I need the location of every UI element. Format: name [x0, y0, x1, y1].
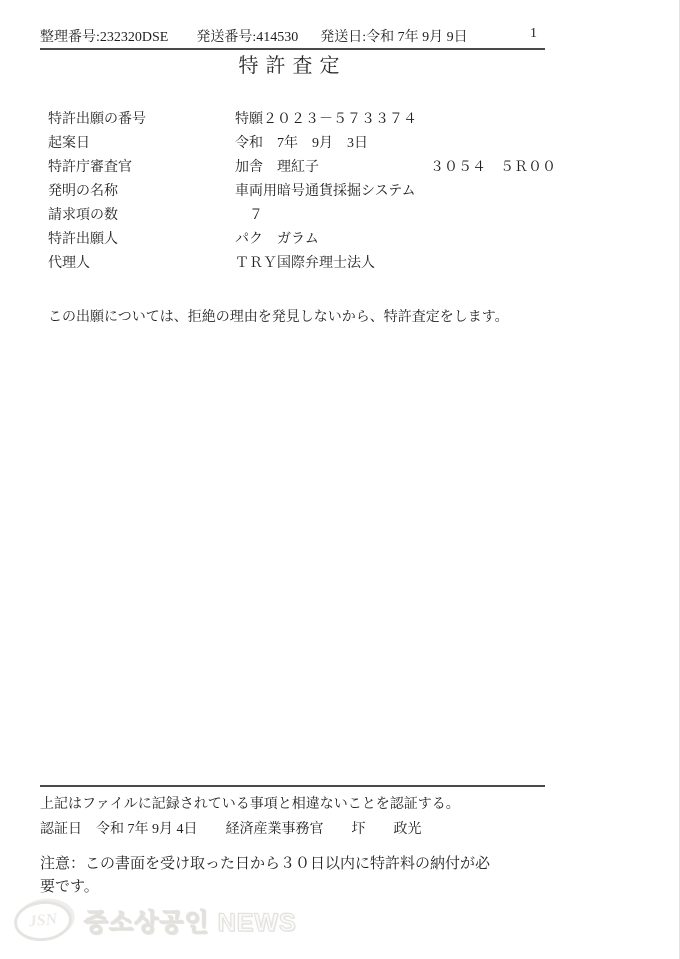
field-row-examiner: 特許庁審査官 加舎 理紅子 ３０５４ ５Ｒ００: [40, 156, 620, 180]
payment-note: 注意：この書面を受け取った日から３０日以内に特許料の納付が必要です。: [40, 853, 498, 899]
watermark-text: 중소상공인 NEWS: [84, 903, 297, 939]
document-title: 特許査定: [40, 49, 545, 78]
field-value: 令和 7年 9月 3日: [235, 132, 368, 156]
news-watermark: JSN 중소상공인 NEWS: [14, 901, 297, 941]
document-header: 整理番号:232320DSE発送番号:414530発送日:令和 7年 9月 9日…: [40, 26, 545, 50]
field-row-draft-date: 起案日 令和 7年 9月 3日: [40, 132, 620, 156]
field-label: 代理人: [40, 252, 235, 276]
field-value: パク ガラム: [235, 228, 319, 252]
reference-number: 整理番号:232320DSE: [40, 30, 168, 45]
field-label: 特許出願の番号: [40, 108, 235, 132]
field-label: 請求項の数: [40, 204, 235, 228]
field-value: 車両用暗号通貨採掘システム: [235, 180, 416, 204]
field-label: 特許出願人: [40, 228, 235, 252]
field-label: 起案日: [40, 132, 235, 156]
field-value: 特願２０２３－５７３３７４: [235, 108, 417, 132]
page-number: 1: [530, 26, 537, 42]
jsn-logo-icon: JSN: [12, 898, 74, 944]
decision-statement: この出願については、拒絶の理由を発見しないから、特許査定をします。: [48, 307, 608, 329]
application-fields: 特許出願の番号 特願２０２３－５７３３７４ 起案日 令和 7年 9月 3日 特許…: [40, 108, 620, 276]
field-row-invention-title: 発明の名称 車両用暗号通貨採掘システム: [40, 180, 620, 204]
certification-statement: 上記はファイルに記録されている事項と相違ないことを認証する。: [40, 792, 545, 817]
field-label: 特許庁審査官: [40, 156, 235, 180]
certification-date-line: 認証日 令和 7年 9月 4日 経済産業事務官 圷 政光: [40, 817, 545, 842]
field-code: ３０５４ ５Ｒ００: [430, 156, 556, 180]
field-value: ＴＲＹ国際弁理士法人: [235, 252, 375, 276]
field-row-application-number: 特許出願の番号 特願２０２３－５７３３７４: [40, 108, 620, 132]
field-label: 発明の名称: [40, 180, 235, 204]
patent-decision-document: 整理番号:232320DSE発送番号:414530発送日:令和 7年 9月 9日…: [0, 0, 680, 959]
field-row-claim-count: 請求項の数 ７: [40, 204, 620, 228]
field-value: 加舎 理紅子: [235, 156, 319, 180]
dispatch-date: 発送日:令和 7年 9月 9日: [320, 30, 467, 45]
certification-block: 上記はファイルに記録されている事項と相違ないことを認証する。 認証日 令和 7年…: [40, 785, 545, 842]
field-row-applicant: 特許出願人 パク ガラム: [40, 228, 620, 252]
dispatch-number: 発送番号:414530: [196, 30, 298, 45]
field-row-agent: 代理人 ＴＲＹ国際弁理士法人: [40, 252, 620, 276]
field-value: ７: [235, 204, 263, 228]
